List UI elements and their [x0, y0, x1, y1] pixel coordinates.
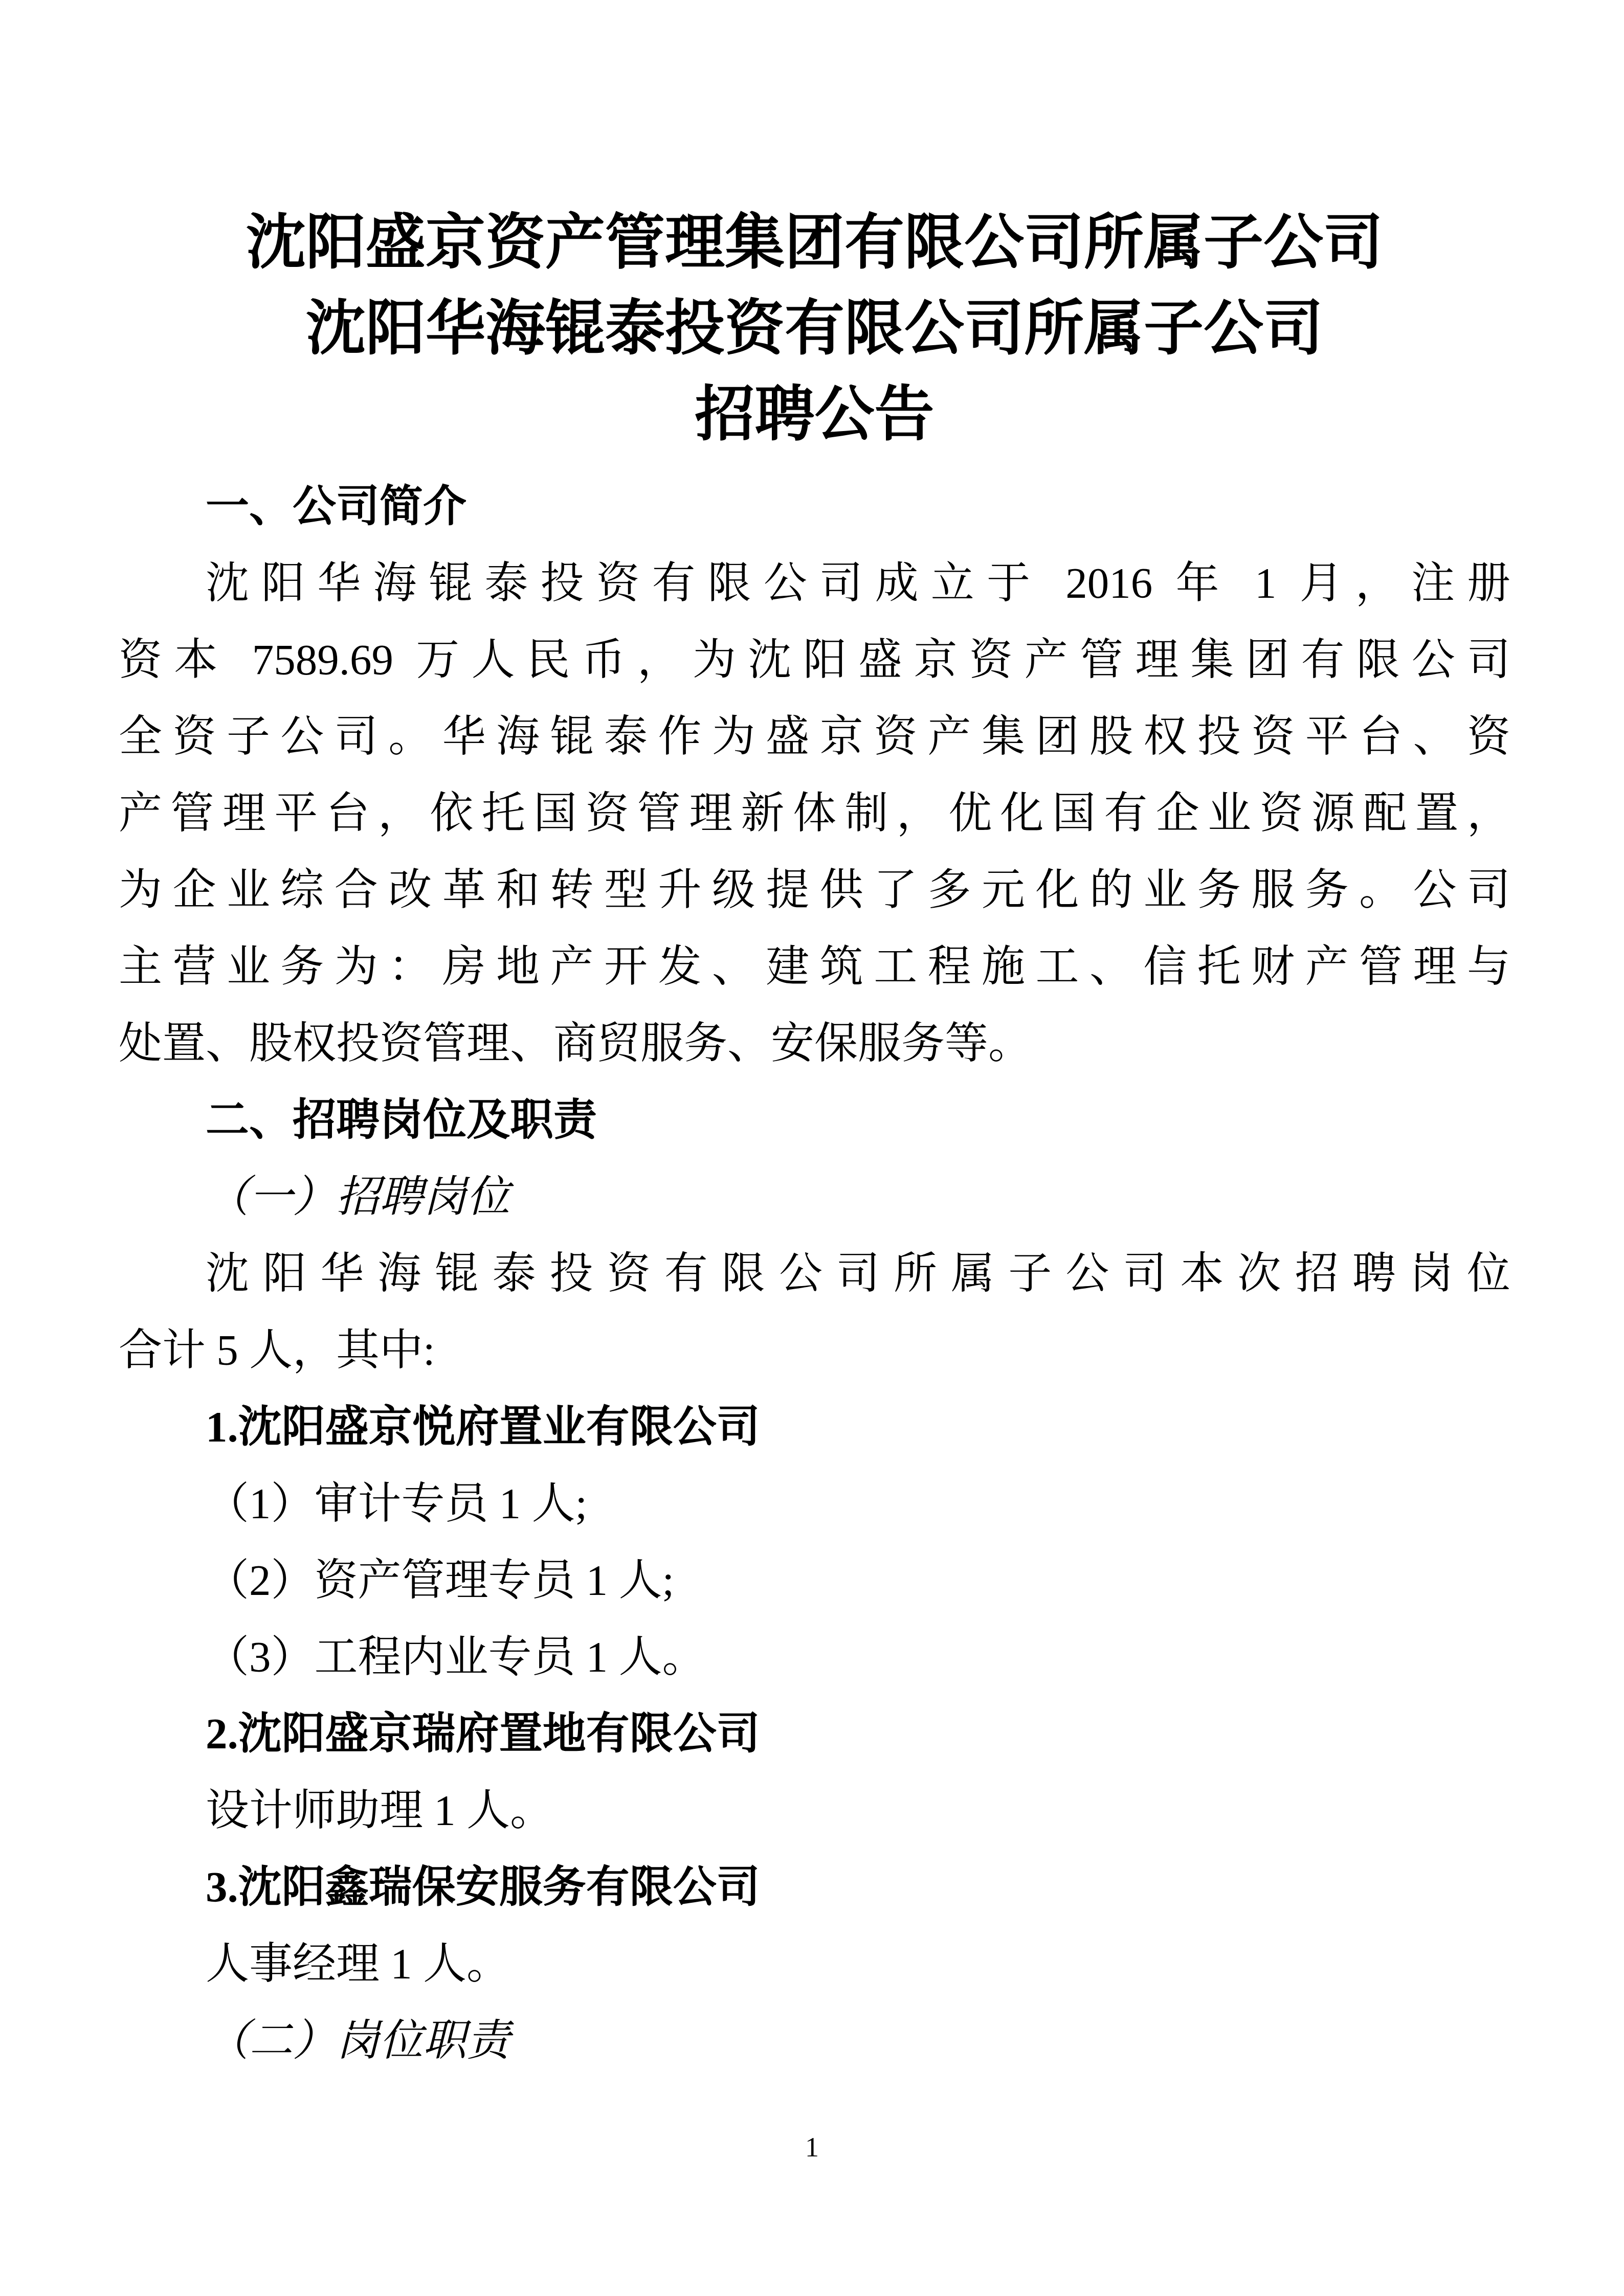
section2-subheading-position-duties: （二）岗位职责 [119, 2002, 1510, 2079]
title-line-3: 招聘公告 [119, 372, 1510, 458]
section2-intro-line: 沈阳华海锟泰投资有限公司所属子公司本次招聘岗位 [119, 1235, 1510, 1312]
section2-intro-line: 合计 5 人，其中: [119, 1312, 1510, 1389]
section1-paragraph-line: 沈阳华海锟泰投资有限公司成立于 2016 年 1 月，注册 [119, 545, 1510, 622]
document-title: 沈阳盛京资产管理集团有限公司所属子公司 沈阳华海锟泰投资有限公司所属子公司 招聘… [119, 200, 1510, 458]
section1-paragraph-line: 为企业综合改革和转型升级提供了多元化的业务服务。公司 [119, 852, 1510, 929]
section1-paragraph-line: 全资子公司。华海锟泰作为盛京资产集团股权投资平台、资 [119, 699, 1510, 775]
section1-paragraph-line: 产管理平台，依托国资管理新体制，优化国有企业资源配置， [119, 775, 1510, 852]
company-2-name: 2.沈阳盛京瑞府置地有限公司 [119, 1696, 1510, 1772]
company-1-position: （3）工程内业专员 1 人。 [119, 1619, 1510, 1696]
title-line-2: 沈阳华海锟泰投资有限公司所属子公司 [119, 286, 1510, 372]
section1-heading: 一、公司简介 [119, 468, 1510, 545]
page-number: 1 [0, 2132, 1624, 2162]
section1-paragraph-line: 处置、股权投资管理、商贸服务、安保服务等。 [119, 1005, 1510, 1082]
section2-heading: 二、招聘岗位及职责 [119, 1082, 1510, 1159]
company-3-position: 人事经理 1 人。 [119, 1926, 1510, 2002]
section1-paragraph-line: 主营业务为：房地产开发、建筑工程施工、信托财产管理与 [119, 929, 1510, 1005]
company-1-name: 1.沈阳盛京悦府置业有限公司 [119, 1389, 1510, 1466]
document-content: 沈阳盛京资产管理集团有限公司所属子公司 沈阳华海锟泰投资有限公司所属子公司 招聘… [119, 0, 1510, 2079]
company-3-name: 3.沈阳鑫瑞保安服务有限公司 [119, 1849, 1510, 1926]
company-2-position: 设计师助理 1 人。 [119, 1772, 1510, 1849]
section1-paragraph-line: 资本 7589.69 万人民币，为沈阳盛京资产管理集团有限公司 [119, 622, 1510, 699]
title-line-1: 沈阳盛京资产管理集团有限公司所属子公司 [119, 200, 1510, 286]
document-page: 沈阳盛京资产管理集团有限公司所属子公司 沈阳华海锟泰投资有限公司所属子公司 招聘… [0, 0, 1624, 2296]
section2-subheading-recruit-positions: （一）招聘岗位 [119, 1159, 1510, 1235]
company-1-position: （2）资产管理专员 1 人; [119, 1542, 1510, 1619]
company-1-position: （1）审计专员 1 人; [119, 1466, 1510, 1542]
